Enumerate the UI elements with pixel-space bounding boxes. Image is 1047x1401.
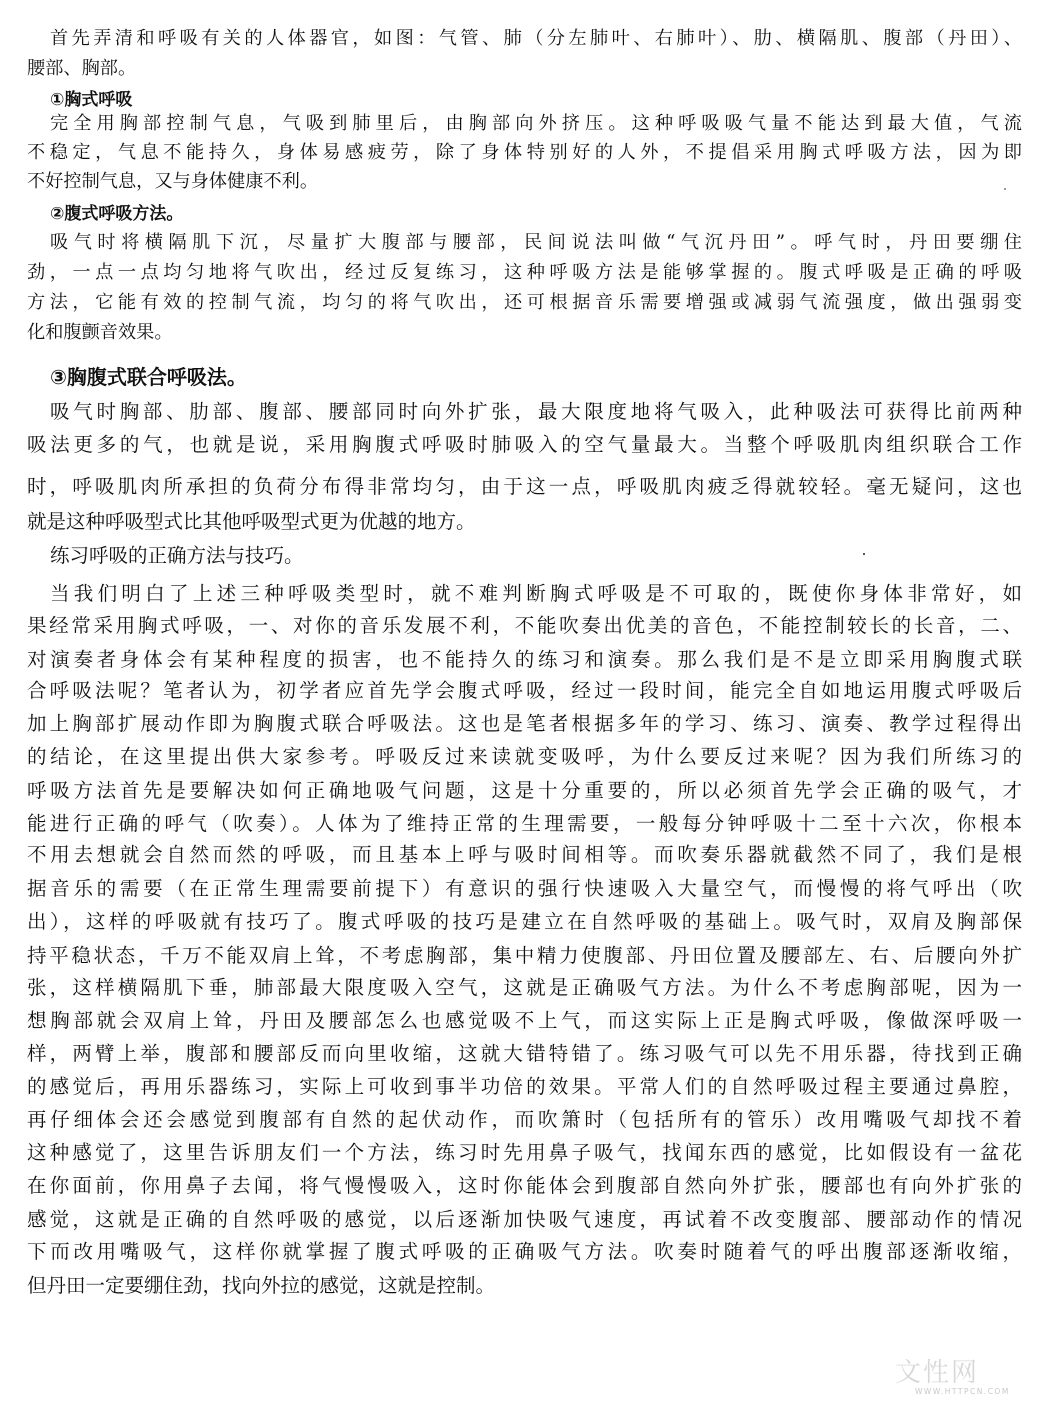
paragraph-line: 合呼吸法呢？笔者认为，初学者应首先学会腹式呼吸，经过一段时间，能完全自如地运用腹… — [27, 679, 1022, 703]
paragraph-line: 吸法更多的气，也就是说，采用胸腹式呼吸时肺吸入的空气量最大。当整个呼吸肌肉组织联… — [27, 433, 1022, 457]
paragraph-line: 能进行正确的呼气（吹奏）。人体为了维持正常的生理需要，一般每分钟呼吸十二至十六次… — [27, 812, 1022, 836]
paragraph-line: 出），这样的呼吸就有技巧了。腹式呼吸的技巧是建立在自然呼吸的基础上。吸气时，双肩… — [27, 910, 1022, 934]
paragraph-line: 持平稳状态，千万不能双肩上耸，不考虑胸部，集中精力使腹部、丹田位置及腰部左、右、… — [27, 944, 1022, 968]
paragraph-line: 就是这种呼吸型式比其他呼吸型式更为优越的地方。 — [27, 510, 1022, 534]
paragraph-line: 果经常采用胸式呼吸，一、对你的音乐发展不利，不能吹奏出优美的音色，不能控制较长的… — [27, 614, 1022, 638]
paragraph-line: 方法，它能有效的控制气流，均匀的将气吹出，还可根据音乐需要增强或减弱气流强度，做… — [27, 291, 1022, 315]
paragraph-line: 张，这样横隔肌下垂，肺部最大限度吸入空气，这就是正确吸气方法。为什么不考虑胸部呢… — [27, 976, 1022, 1000]
paragraph-line: 呼吸方法首先是要解决如何正确地吸气问题，这是十分重要的，所以必须首先学会正确的吸… — [27, 779, 1022, 803]
paragraph-line: 但丹田一定要绷住劲，找向外拉的感觉，这就是控制。 — [27, 1274, 1022, 1298]
paragraph-line: 腰部、胸部。 — [27, 57, 1022, 81]
scan-speck — [863, 553, 865, 555]
paragraph-line: 化和腹颤音效果。 — [27, 321, 1022, 345]
paragraph-line: 不用去想就会自然而然的呼吸，而且基本上呼与吸时间相等。而吹奏乐器就截然不同了，我… — [27, 843, 1022, 867]
scan-speck — [1004, 188, 1006, 190]
paragraph-line: 完全用胸部控制气息，气吸到肺里后，由胸部向外挤压。这种呼吸吸气量不能达到最大值，… — [50, 112, 1022, 136]
paragraph-line: 再仔细体会还会感觉到腹部有自然的起伏动作，而吹箫时（包括所有的管乐）改用嘴吸气却… — [27, 1108, 1022, 1132]
paragraph-line: 据音乐的需要（在正常生理需要前提下）有意识的强行快速吸入大量空气，而慢慢的将气呼… — [27, 877, 1022, 901]
paragraph-line: 的结论，在这里提出供大家参考。呼吸反过来读就变吸呼，为什么要反过来呢？因为我们所… — [27, 745, 1022, 769]
paragraph-line: 吸气时胸部、肋部、腹部、腰部同时向外扩张，最大限度地将气吸入，此种吸法可获得比前… — [50, 400, 1022, 424]
paragraph-line: 时，呼吸肌肉所承担的负荷分布得非常均匀，由于这一点，呼吸肌肉疲乏得就较轻。毫无疑… — [27, 475, 1022, 499]
paragraph-line: 下而改用嘴吸气，这样你就掌握了腹式呼吸的正确吸气方法。吹奏时随着气的呼出腹部逐渐… — [27, 1240, 1022, 1264]
watermark-logo: 文性网 — [895, 1352, 1010, 1389]
paragraph-line: 加上胸部扩展动作即为胸腹式联合呼吸法。这也是笔者根据多年的学习、练习、演奏、教学… — [27, 712, 1022, 736]
section-heading-chest-breathing: ①胸式呼吸 — [50, 85, 132, 110]
section-heading-practice: 练习呼吸的正确方法与技巧。 — [50, 544, 1022, 568]
paragraph-line: 当我们明白了上述三种呼吸类型时，就不难判断胸式呼吸是不可取的，既使你身体非常好，… — [50, 582, 1022, 606]
paragraph-line: 感觉，这就是正确的自然呼吸的感觉，以后逐渐加快吸气速度，再试着不改变腹部、腰部动… — [27, 1208, 1022, 1232]
section-heading-combined-breathing: ③胸腹式联合呼吸法。 — [50, 361, 247, 390]
paragraph-line: 劲，一点一点均匀地将气吹出，经过反复练习，这种呼吸方法是能够掌握的。腹式呼吸是正… — [27, 261, 1022, 285]
paragraph-line: 不稳定，气息不能持久，身体易感疲劳，除了身体特别好的人外，不提倡采用胸式呼吸方法… — [27, 141, 1022, 165]
paragraph-line: 这种感觉了，这里告诉朋友们一个方法，练习时先用鼻子吸气，找闻东西的感觉，比如假设… — [27, 1141, 1022, 1165]
paragraph-line: 样，两臂上举，腹部和腰部反而向里收缩，这就大错特错了。练习吸气可以先不用乐器，待… — [27, 1042, 1022, 1066]
watermark: 文性网 WWW.HTTPCN.COM — [895, 1352, 1010, 1396]
section-heading-abdominal-breathing: ②腹式呼吸方法。 — [50, 199, 183, 224]
paragraph-line: 想胸部就会双肩上耸，丹田及腰部怎么也感觉吸不上气，而这实际上正是胸式呼吸，像做深… — [27, 1009, 1022, 1033]
paragraph-line: 吸气时将横隔肌下沉，尽量扩大腹部与腰部，民间说法叫做“气沉丹田”。呼气时，丹田要… — [50, 231, 1022, 255]
paragraph-line: 不好控制气息，又与身体健康不利。 — [27, 170, 1022, 194]
paragraph-line: 首先弄清和呼吸有关的人体器官，如图：气管、肺（分左肺叶、右肺叶）、肋、横隔肌、腹… — [50, 27, 1022, 51]
paragraph-line: 的感觉后，再用乐器练习，实际上可收到事半功倍的效果。平常人们的自然呼吸过程主要通… — [27, 1075, 1022, 1099]
paragraph-line: 对演奏者身体会有某种程度的损害，也不能持久的练习和演奏。那么我们是不是立即采用胸… — [27, 648, 1022, 672]
paragraph-line: 在你面前，你用鼻子去闻，将气慢慢吸入，这时你能体会到腹部自然向外扩张，腰部也有向… — [27, 1174, 1022, 1198]
